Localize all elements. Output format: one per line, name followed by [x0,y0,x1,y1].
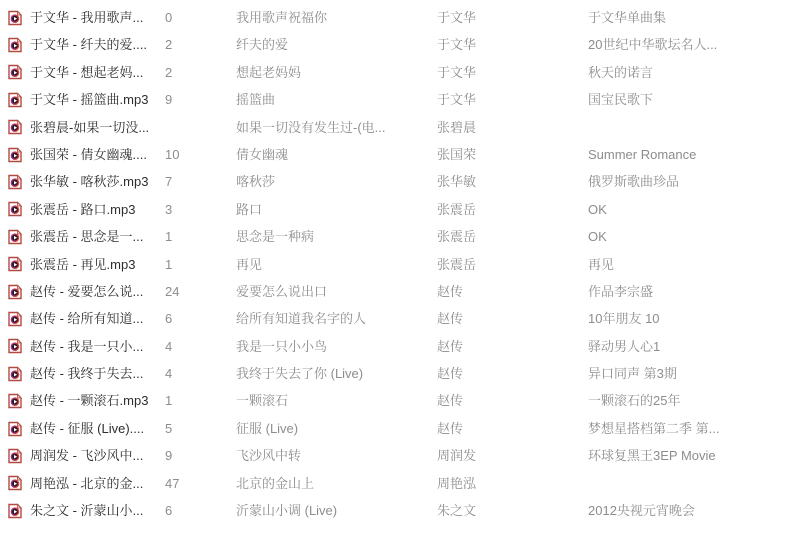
media-file-play-icon [7,421,23,437]
track-artist: 张碧晨 [437,114,588,141]
track-title: 沂蒙山小调 (Live) [236,497,437,524]
track-artist: 张震岳 [437,251,588,278]
media-file-play-icon [7,201,23,217]
media-file-play-icon [7,448,23,464]
track-artist: 赵传 [437,333,588,360]
track-row[interactable]: 张震岳 - 思念是一... 1 思念是一种病 张震岳 OK [0,223,807,250]
media-file-play-icon [7,366,23,382]
track-title: 再见 [236,251,437,278]
track-title: 飞沙风中转 [236,442,437,469]
track-filename: 朱之文 - 沂蒙山小... [30,497,165,524]
track-artist: 周艳泓 [437,470,588,497]
track-artist: 于文华 [437,86,588,113]
track-play-count: 10 [165,141,236,168]
track-title: 想起老妈妈 [236,59,437,86]
track-title: 思念是一种病 [236,223,437,250]
track-list: 于文华 - 我用歌声... 0 我用歌声祝福你 于文华 于文华单曲集 [0,0,807,524]
track-row[interactable]: 赵传 - 一颗滚石.mp3 1 一颗滚石 赵传 一颗滚石的25年 [0,387,807,414]
track-row[interactable]: 周艳泓 - 北京的金... 47 北京的金山上 周艳泓 [0,470,807,497]
track-title: 喀秋莎 [236,168,437,195]
track-title: 北京的金山上 [236,470,437,497]
track-play-count: 24 [165,278,236,305]
track-play-count: 4 [165,360,236,387]
media-file-play-icon [7,37,23,53]
track-title: 给所有知道我名字的人 [236,305,437,332]
track-row[interactable]: 张华敏 - 喀秋莎.mp3 7 喀秋莎 张华敏 俄罗斯歌曲珍品 [0,168,807,195]
track-play-count: 5 [165,415,236,442]
track-title: 如果一切没有发生过-(电... [236,114,437,141]
track-row[interactable]: 赵传 - 征服 (Live).... 5 征服 (Live) 赵传 梦想星搭档第… [0,415,807,442]
media-file-play-icon [7,256,23,272]
track-album: 10年朋友 10 [588,305,807,332]
track-play-count: 1 [165,223,236,250]
track-play-count: 9 [165,86,236,113]
track-filename: 于文华 - 纤夫的爱.... [30,31,165,58]
track-filename: 张华敏 - 喀秋莎.mp3 [30,168,165,195]
track-filename: 张碧晨-如果一切没... [30,114,165,141]
track-row[interactable]: 赵传 - 我终于失去... 4 我终于失去了你 (Live) 赵传 异口同声 第… [0,360,807,387]
track-filename: 周艳泓 - 北京的金... [30,470,165,497]
track-artist: 朱之文 [437,497,588,524]
track-row[interactable]: 于文华 - 想起老妈... 2 想起老妈妈 于文华 秋天的诺言 [0,59,807,86]
track-artist: 张华敏 [437,168,588,195]
media-file-play-icon [7,174,23,190]
track-play-count: 2 [165,31,236,58]
track-play-count: 1 [165,251,236,278]
track-title: 一颗滚石 [236,387,437,414]
track-row[interactable]: 张震岳 - 再见.mp3 1 再见 张震岳 再见 [0,251,807,278]
media-file-play-icon [7,147,23,163]
track-album: 2012央视元宵晚会 [588,497,807,524]
track-album: 20世纪中华歌坛名人... [588,31,807,58]
track-filename: 赵传 - 爱要怎么说... [30,278,165,305]
track-album: 梦想星搭档第二季 第... [588,415,807,442]
track-filename: 张震岳 - 思念是一... [30,223,165,250]
media-file-play-icon [7,311,23,327]
track-album: 俄罗斯歌曲珍品 [588,168,807,195]
media-file-play-icon [7,92,23,108]
track-album: 作品李宗盛 [588,278,807,305]
track-title: 爱要怎么说出口 [236,278,437,305]
track-artist: 赵传 [437,360,588,387]
track-artist: 赵传 [437,387,588,414]
track-title: 路口 [236,196,437,223]
track-play-count: 9 [165,442,236,469]
track-title: 征服 (Live) [236,415,437,442]
track-album: OK [588,196,807,223]
track-play-count: 0 [165,4,236,31]
track-title: 纤夫的爱 [236,31,437,58]
track-filename: 于文华 - 我用歌声... [30,4,165,31]
track-row[interactable]: 张碧晨-如果一切没... 如果一切没有发生过-(电... 张碧晨 [0,114,807,141]
track-filename: 赵传 - 给所有知道... [30,305,165,332]
track-row[interactable]: 周润发 - 飞沙风中... 9 飞沙风中转 周润发 环球复黑王3EP Movie [0,442,807,469]
track-album: 一颗滚石的25年 [588,387,807,414]
track-filename: 张震岳 - 路口.mp3 [30,196,165,223]
track-title: 我用歌声祝福你 [236,4,437,31]
track-play-count: 47 [165,470,236,497]
media-file-play-icon [7,229,23,245]
track-filename: 赵传 - 征服 (Live).... [30,415,165,442]
media-file-play-icon [7,393,23,409]
track-artist: 张震岳 [437,223,588,250]
track-play-count: 2 [165,59,236,86]
track-row[interactable]: 于文华 - 我用歌声... 0 我用歌声祝福你 于文华 于文华单曲集 [0,4,807,31]
track-album: 国宝民歌下 [588,86,807,113]
track-row[interactable]: 张国荣 - 倩女幽魂.... 10 倩女幽魂 张国荣 Summer Romanc… [0,141,807,168]
media-file-play-icon [7,10,23,26]
track-album: 环球复黑王3EP Movie [588,442,807,469]
track-filename: 张震岳 - 再见.mp3 [30,251,165,278]
track-album: 异口同声 第3期 [588,360,807,387]
track-play-count: 3 [165,196,236,223]
track-title: 我是一只小小鸟 [236,333,437,360]
track-artist: 于文华 [437,31,588,58]
track-row[interactable]: 赵传 - 给所有知道... 6 给所有知道我名字的人 赵传 10年朋友 10 [0,305,807,332]
track-row[interactable]: 赵传 - 我是一只小... 4 我是一只小小鸟 赵传 驿动男人心1 [0,333,807,360]
track-title: 摇篮曲 [236,86,437,113]
track-album: 再见 [588,251,807,278]
track-album: Summer Romance [588,141,807,168]
track-artist: 赵传 [437,305,588,332]
track-album: OK [588,223,807,250]
track-artist: 赵传 [437,278,588,305]
media-file-play-icon [7,284,23,300]
track-artist: 于文华 [437,59,588,86]
track-row[interactable]: 张震岳 - 路口.mp3 3 路口 张震岳 OK [0,196,807,223]
media-file-play-icon [7,119,23,135]
media-file-play-icon [7,475,23,491]
track-filename: 赵传 - 一颗滚石.mp3 [30,387,165,414]
track-artist: 张国荣 [437,141,588,168]
media-file-play-icon [7,503,23,519]
media-file-play-icon [7,338,23,354]
track-filename: 周润发 - 飞沙风中... [30,442,165,469]
track-play-count: 4 [165,333,236,360]
track-filename: 赵传 - 我是一只小... [30,333,165,360]
track-artist: 赵传 [437,415,588,442]
track-row[interactable]: 于文华 - 纤夫的爱.... 2 纤夫的爱 于文华 20世纪中华歌坛名人... [0,31,807,58]
media-file-play-icon [7,64,23,80]
track-artist: 张震岳 [437,196,588,223]
track-filename: 于文华 - 想起老妈... [30,59,165,86]
track-play-count: 7 [165,168,236,195]
track-row[interactable]: 于文华 - 摇篮曲.mp3 9 摇篮曲 于文华 国宝民歌下 [0,86,807,113]
track-album: 于文华单曲集 [588,4,807,31]
track-album: 驿动男人心1 [588,333,807,360]
track-play-count: 1 [165,387,236,414]
track-artist: 周润发 [437,442,588,469]
track-title: 倩女幽魂 [236,141,437,168]
track-play-count: 6 [165,305,236,332]
track-title: 我终于失去了你 (Live) [236,360,437,387]
track-play-count: 6 [165,497,236,524]
track-row[interactable]: 赵传 - 爱要怎么说... 24 爱要怎么说出口 赵传 作品李宗盛 [0,278,807,305]
track-artist: 于文华 [437,4,588,31]
track-filename: 于文华 - 摇篮曲.mp3 [30,86,165,113]
track-album: 秋天的诺言 [588,59,807,86]
track-filename: 赵传 - 我终于失去... [30,360,165,387]
track-filename: 张国荣 - 倩女幽魂.... [30,141,165,168]
track-row[interactable]: 朱之文 - 沂蒙山小... 6 沂蒙山小调 (Live) 朱之文 2012央视元… [0,497,807,524]
